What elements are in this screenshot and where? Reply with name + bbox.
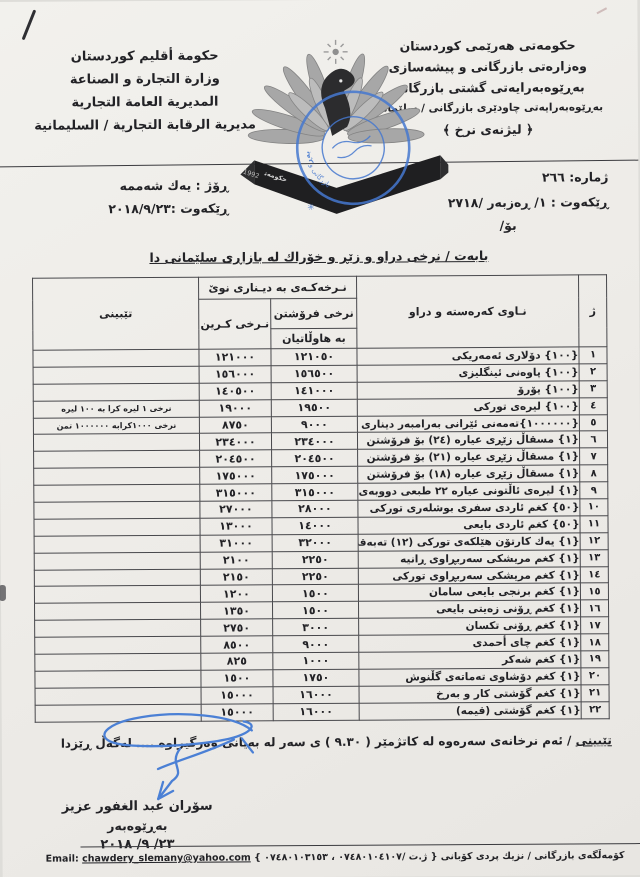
sell-price: ٢٠٤٥٠٠	[272, 450, 358, 467]
letterhead-line: حكومة أقليم كوردستان	[32, 44, 258, 68]
row-note	[34, 501, 200, 519]
buy-price: ٣١٠٠٠	[200, 535, 272, 552]
row-number: ١	[579, 347, 607, 364]
sun-icon	[324, 40, 348, 64]
row-note	[33, 434, 199, 452]
sell-price: ٣١٥٠٠٠	[272, 483, 358, 500]
item-name: {١} كغم گۆشتی (قیمە)	[359, 702, 581, 720]
meta-right-block: ژمارە: ٢٦٦ ڕێكەوت : ١/ ڕەزبەر /٢٧١٨	[448, 164, 609, 215]
sell-price-label: نرخی فرۆشتن	[271, 307, 356, 321]
row-number: ٢	[579, 364, 607, 381]
sell-price: ٢٢٥٠	[272, 568, 358, 585]
item-name: {١} لیرەی ئاڵتونی عیارە ٢٢ طبعی دووبەی	[358, 482, 580, 500]
sell-price: ٣٢٠٠٠	[272, 534, 358, 551]
item-name: {١٠٠} یۆرۆ	[357, 381, 579, 399]
item-name: {١٠٠٠٠٠٠}تەمەنی ئێرانی بەرامبەر دیناری ع…	[357, 414, 579, 432]
scan-artifact-left-edge	[0, 585, 6, 601]
row-number: ١٢	[580, 533, 608, 550]
row-note	[34, 552, 200, 570]
row-number: ١٠	[580, 499, 608, 516]
sell-price: ١٦٠٠٠	[273, 686, 359, 703]
footer-phones: { ژ.ت /٠٧٤٨٠١٠٤١٠٧ ، ٠٧٤٨٠١٠٣١٥٣ }	[254, 851, 437, 863]
buy-price: ٨٧٥٠	[199, 416, 271, 433]
sell-price: ١٠٠٠	[273, 652, 359, 669]
email-label: Email:	[46, 853, 79, 864]
sell-price: ٩٠٠٠	[271, 416, 357, 433]
row-note	[33, 349, 199, 367]
row-number: ١٤	[580, 566, 608, 583]
row-note	[34, 518, 200, 536]
signature-date: ٢٣/ ٩/ ٢٠١٨	[52, 835, 222, 855]
item-name: {١} كغم برنجی بایعی سامان	[358, 583, 580, 601]
row-note	[35, 653, 201, 671]
row-note	[34, 484, 200, 502]
buy-price: ٢٧٠٠٠	[200, 501, 272, 518]
buy-price: ٨٥٠٠	[201, 636, 273, 653]
sell-price: ٢٨٠٠٠	[272, 500, 358, 517]
item-name: {١} كغم مریشكی سەربڕاوی ڕانیە	[358, 550, 580, 568]
item-name: {١} كغم دۆشاوی تەماتەی گڵنوش	[359, 668, 581, 686]
item-name: {١} مسقاڵ زێڕی عیارە (٢١) بۆ فرۆشتن	[358, 448, 580, 466]
item-name: {١} كغم ڕۆنی زەیتی بایعی	[358, 600, 580, 618]
row-note	[34, 451, 200, 469]
row-number: ٥	[579, 414, 607, 431]
row-note: نرخی ١٠٠٠كرابە ١٠٠٠٠٠٠ تمن	[33, 417, 199, 435]
buy-price: ١٣٥٠	[201, 602, 273, 619]
col-header-sell-price: نرخی فرۆشتن	[271, 298, 357, 329]
row-note	[35, 603, 201, 621]
doc-date-gregorian: ڕێكەوت :٢٠١٨/٩/٢٣	[49, 197, 229, 221]
sell-price: ١٥٠٠	[272, 585, 358, 602]
row-note	[34, 467, 200, 485]
row-number: ٢٠	[581, 668, 609, 685]
buy-price: ١٥٦٠٠٠	[199, 366, 271, 383]
col-header-buy-price: نـرخی كـرین	[199, 299, 271, 349]
sell-price: ١٤١٠٠٠	[271, 382, 357, 399]
buy-price: ٢٣٤٠٠٠	[199, 433, 271, 450]
signatory-title: بەڕێوەبەر	[52, 816, 222, 836]
sell-price: ١٢١٠٥٠	[271, 348, 357, 365]
footer-email-wrap: Email: chawdery_slemany@yahoo.com	[46, 852, 251, 864]
col-header-price-span: نـرخەكـەی بە دیـناری نوێ	[199, 276, 357, 299]
row-note	[35, 687, 201, 705]
krg-eagle-emblem: حكومەتی هەرێمی كوردستان 1992 بەڕێوەبەرای…	[227, 25, 448, 222]
letterhead-line: المديرية العامة التجارية	[32, 90, 258, 114]
letterhead-line: مديرية الرقابة التجارية / السليمانية	[32, 113, 258, 137]
row-number: ٢١	[581, 685, 609, 702]
scanned-document-sheet: حكومەتی هەرێمی كوردستان وەزارەتی بازرگان…	[0, 0, 640, 877]
buy-price: ٣١٥٠٠٠	[200, 484, 272, 501]
row-number: ٤	[579, 397, 607, 414]
row-number: ١٧	[581, 617, 609, 634]
sell-price: ٩٠٠٠	[273, 635, 359, 652]
row-number: ١٦	[580, 600, 608, 617]
price-table: ژ نـاوی كەرەستە و دراو نـرخەكـەی بە دیـن…	[32, 274, 610, 722]
to-label: بۆ/	[500, 218, 517, 233]
row-note	[33, 383, 199, 401]
meta-left-block: ڕۆژ : یەك شەممە ڕێكەوت :٢٠١٨/٩/٢٣	[48, 174, 228, 221]
row-number: ٣	[579, 381, 607, 398]
sell-price: ١٧٥٠٠٠	[272, 467, 358, 484]
row-number: ١١	[580, 516, 608, 533]
footer-address: كۆمەڵگەی بازرگانی / نزیك پردی كۆبانی	[441, 850, 625, 862]
letterhead-arabic: حكومة أقليم كوردستان وزارة التجارة و الص…	[32, 44, 259, 137]
buy-price: ١٢٠٠	[200, 585, 272, 602]
doc-number: ژمارە: ٢٦٦	[448, 164, 609, 190]
item-name: {١} كغم شەكر	[359, 651, 581, 669]
row-number: ٧	[580, 448, 608, 465]
row-note	[34, 586, 200, 604]
signature-scribble	[84, 708, 265, 809]
row-note	[35, 636, 201, 654]
sell-price: ١٤٠٠٠	[272, 517, 358, 534]
price-table-body: ١{١٠٠} دۆلاری ئەمەریكی١٢١٠٥٠١٢١٠٠٠٢{١٠٠}…	[33, 347, 609, 722]
buy-price: ١٢١٠٠٠	[199, 349, 271, 366]
sell-price: ١٥٠٠	[272, 602, 358, 619]
row-number: ١٩	[581, 651, 609, 668]
footnote-label: تێبینی	[576, 733, 612, 747]
row-number: ٩	[580, 482, 608, 499]
buy-price: ١٥٠٠٠	[201, 687, 273, 704]
price-table-header: ژ نـاوی كەرەستە و دراو نـرخەكـەی بە دیـن…	[33, 275, 607, 351]
item-name: {١٠٠} دۆلاری ئەمەریكی	[357, 347, 579, 365]
item-name: {١} مسقاڵ زێڕی عیارە (١٨) بۆ فرۆشتن	[358, 465, 580, 483]
item-name: {١٠٠} پاوەنی ئینگلیزی	[357, 364, 579, 382]
buy-price: ١٤٠٥٠٠	[199, 383, 271, 400]
buy-price: ٢١٥٠	[200, 568, 272, 585]
item-name: {١} كغم گۆشتی كار و بەرخ	[359, 685, 581, 703]
pen-mark-top-left	[22, 9, 36, 40]
item-name: {٥٠} كغم ئاردی بایعی	[358, 516, 580, 534]
doc-day: ڕۆژ : یەك شەممە	[48, 174, 228, 198]
buy-price: ١٩٠٠٠	[199, 399, 271, 416]
signatory-name: سۆران عبد الغفور عزیز	[52, 797, 222, 817]
sell-price: ٣٠٠٠	[273, 619, 359, 636]
row-note	[33, 366, 199, 384]
buy-price: ٢٠٤٥٠٠	[200, 450, 272, 467]
item-name: {١} كغم ڕۆنی تكسان	[359, 617, 581, 635]
buy-price: ١٣٠٠٠	[200, 518, 272, 535]
pen-mark-top-right	[596, 7, 611, 22]
document-title: بابەت / نرخی دراو و زێڕ و خۆراك لە بازاڕ…	[149, 248, 489, 265]
footer: كۆمەڵگەی بازرگانی / نزیك پردی كۆبانی { ژ…	[53, 850, 625, 864]
letterhead-line: وزارة التجارة و الصناعة	[32, 67, 258, 91]
row-number: ١٣	[580, 549, 608, 566]
row-number: ١٥	[580, 583, 608, 600]
row-note	[35, 619, 201, 637]
buy-price: ٢١٠٠	[200, 551, 272, 568]
sell-price: ٢٣٤٠٠٠	[271, 433, 357, 450]
buy-price: ٨٢٥	[201, 653, 273, 670]
sell-price: ١٩٥٠٠	[271, 399, 357, 416]
row-number: ٦	[579, 431, 607, 448]
item-name: {٥٠} كغم ئاردی سفری بوشلەری توركی	[358, 499, 580, 517]
row-note	[34, 535, 200, 553]
buy-price: ١٥٠٠	[201, 670, 273, 687]
sell-price: ١٦٠٠٠	[273, 703, 359, 720]
buy-price: ١٧٥٠٠٠	[200, 467, 272, 484]
sell-price: ٢٢٥٠	[272, 551, 358, 568]
doc-date-kurdish: ڕێكەوت : ١/ ڕەزبەر /٢٧١٨	[448, 189, 609, 215]
item-name: {١} یەك كارتۆن هێلكەی توركی (١٢) تەبەقی	[358, 533, 580, 551]
row-note: نرخی ١ لیرە كرا بە ١٠٠ لیرە	[33, 400, 199, 418]
col-header-row-number: ژ	[579, 275, 607, 347]
sell-price: ١٥٦٥٠٠	[271, 365, 357, 382]
row-number: ١٨	[581, 634, 609, 651]
col-header-sell-to-citizens: بە هاوڵاتیان	[271, 328, 357, 349]
col-header-notes: تێبینی	[33, 277, 199, 350]
item-name: {١} كغم چای أحمدی	[359, 634, 581, 652]
row-number: ٨	[580, 465, 608, 482]
col-header-item-name: نـاوی كەرەستە و دراو	[357, 275, 579, 348]
item-name: {١} مسقاڵ زێڕی عیارە (٢٤) بۆ فرۆشتن	[357, 431, 579, 449]
item-name: {١٠٠} لیرەی توركی	[357, 398, 579, 416]
buy-price: ٢٧٥٠	[201, 619, 273, 636]
row-number: ٢٢	[581, 701, 609, 718]
row-note	[34, 569, 200, 587]
item-name: {١} كغم مریشكی سەربڕاوی توركی	[358, 566, 580, 584]
email-address: chawdery_slemany@yahoo.com	[82, 852, 251, 864]
row-note	[35, 670, 201, 688]
sell-price: ١٧٥٠	[273, 669, 359, 686]
